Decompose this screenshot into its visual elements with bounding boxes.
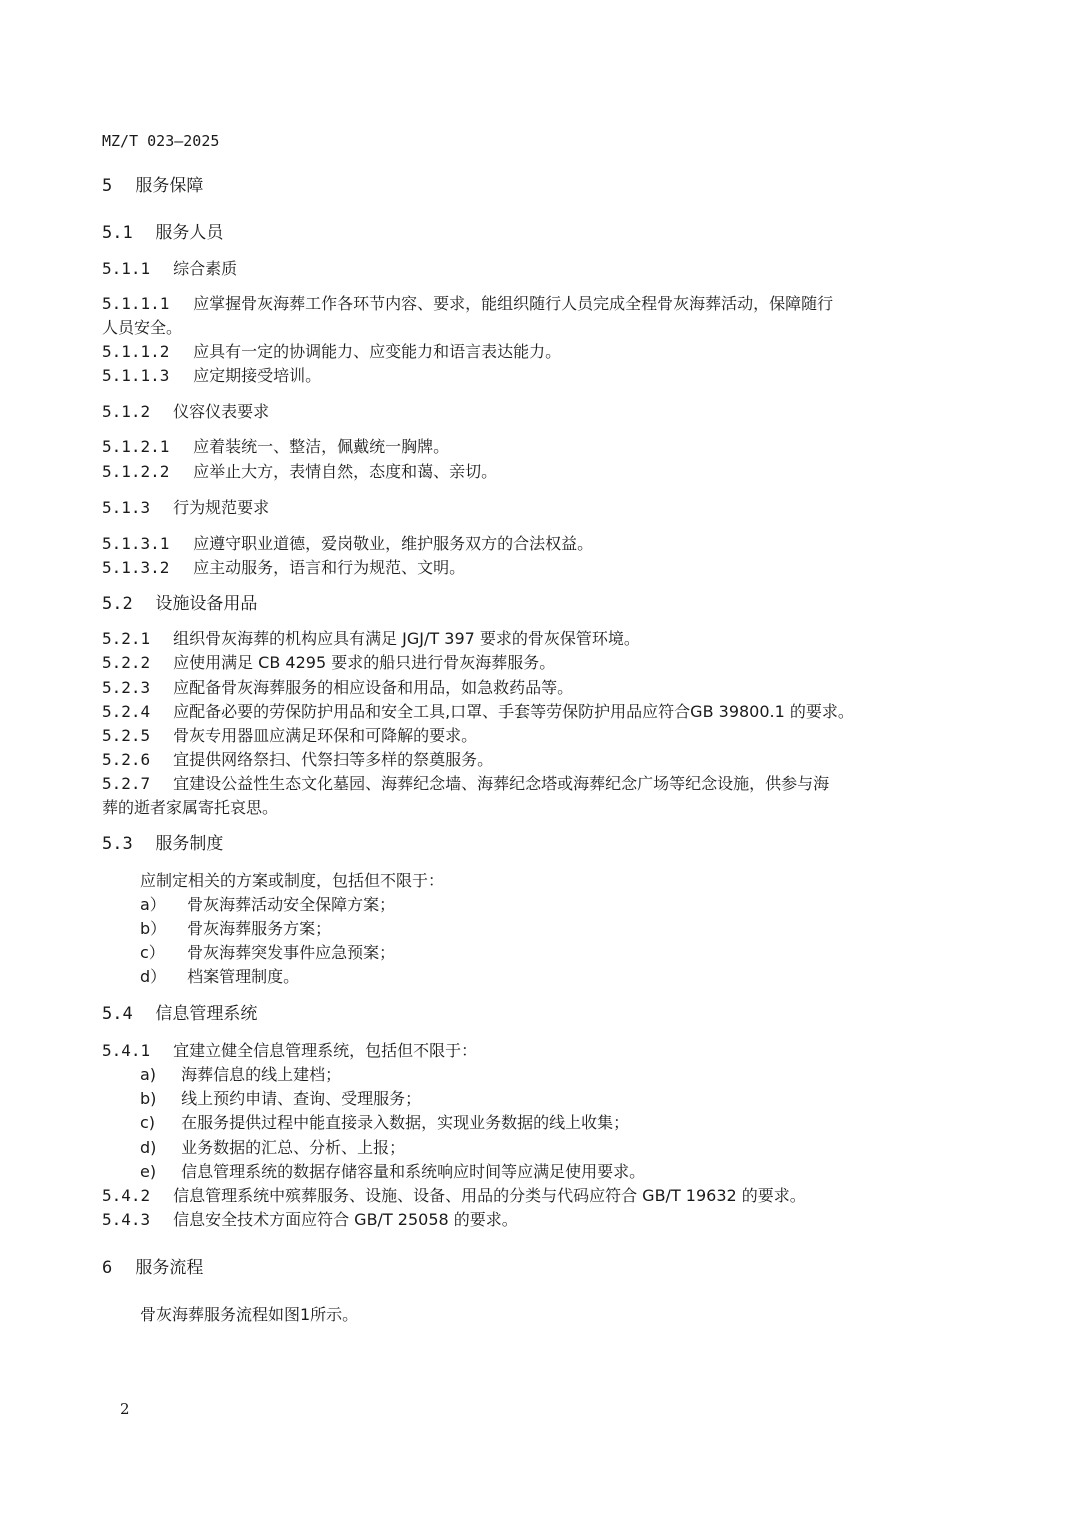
list-text: 档案管理制度。: [187, 967, 299, 986]
clause-text: 组织骨灰海葬的机构应具有满足 JGJ/T 397 要求的骨灰保管环境。: [173, 629, 640, 648]
clause-5-2-7: 5.2.7 宜建设公益性生态文化墓园、海葬纪念墙、海葬纪念塔或海葬纪念广场等纪念…: [102, 774, 829, 794]
list-label: c): [140, 1113, 176, 1133]
section-heading-5-4: 5.4 信息管理系统: [102, 1004, 257, 1024]
clause-5-2-1: 5.2.1 组织骨灰海葬的机构应具有满足 JGJ/T 397 要求的骨灰保管环境…: [102, 629, 640, 649]
clause-text: 信息管理系统中殡葬服务、设施、设备、用品的分类与代码应符合 GB/T 19632…: [173, 1186, 806, 1205]
section-number: 5.1.3: [102, 498, 168, 518]
clause-text: 应定期接受培训。: [193, 366, 321, 385]
clause-number: 5.1.1.1: [102, 294, 188, 314]
clause-text: 应着装统一、整洁，佩戴统一胸牌。: [193, 437, 449, 456]
clause-text: 应具有一定的协调能力、应变能力和语言表达能力。: [193, 342, 561, 361]
clause-text: 宜建立健全信息管理系统，包括但不限于：: [173, 1041, 477, 1060]
clause-number: 5.2.1: [102, 629, 168, 649]
section-number: 5.1.1: [102, 259, 168, 279]
clause-5-4-3: 5.4.3 信息安全技术方面应符合 GB/T 25058 的要求。: [102, 1210, 518, 1230]
clause-text: 骨灰专用器皿应满足环保和可降解的要求。: [173, 726, 477, 745]
clause-text: 宜提供网络祭扫、代祭扫等多样的祭奠服务。: [173, 750, 493, 769]
list-text: 线上预约申请、查询、受理服务；: [181, 1089, 421, 1108]
clause-text: 应主动服务，语言和行为规范、文明。: [193, 558, 465, 577]
section-title: 服务制度: [155, 834, 223, 854]
section-heading-5: 5 服务保障: [102, 176, 203, 196]
clause-number: 5.2.6: [102, 750, 168, 770]
section-number: 5.1.2: [102, 402, 168, 422]
clause-5-2-6: 5.2.6 宜提供网络祭扫、代祭扫等多样的祭奠服务。: [102, 750, 493, 770]
list-label: d）: [140, 967, 182, 987]
clause-number: 5.1.1.2: [102, 342, 188, 362]
clause-number: 5.1.1.3: [102, 366, 188, 386]
clause-number: 5.4.1: [102, 1041, 168, 1061]
clause-number: 5.2.7: [102, 774, 168, 794]
clause-number: 5.1.3.1: [102, 534, 188, 554]
list-item: d） 档案管理制度。: [140, 967, 299, 987]
section-title: 综合素质: [173, 259, 237, 278]
section-heading-5-1-3: 5.1.3 行为规范要求: [102, 498, 269, 518]
list-text: 在服务提供过程中能直接录入数据，实现业务数据的线上收集；: [181, 1113, 629, 1132]
clause-5-2-4: 5.2.4 应配备必要的劳保防护用品和安全工具,口罩、手套等劳保防护用品应符合G…: [102, 702, 854, 722]
clause-text: 应配备必要的劳保防护用品和安全工具,口罩、手套等劳保防护用品应符合GB 3980…: [173, 702, 854, 721]
service-process-intro: 骨灰海葬服务流程如图1所示。: [140, 1305, 358, 1325]
clause-5-2-2: 5.2.2 应使用满足 CB 4295 要求的船只进行骨灰海葬服务。: [102, 653, 555, 673]
clause-number: 5.1.3.2: [102, 558, 188, 578]
clause-number: 5.2.2: [102, 653, 168, 673]
section-heading-5-3: 5.3 服务制度: [102, 834, 223, 854]
section-heading-5-1-2: 5.1.2 仪容仪表要求: [102, 402, 269, 422]
clause-text: 应遵守职业道德，爱岗敬业，维护服务双方的合法权益。: [193, 534, 593, 553]
list-label: e): [140, 1162, 176, 1182]
section-heading-5-1-1: 5.1.1 综合素质: [102, 259, 237, 279]
clause-number: 5.4.2: [102, 1186, 168, 1206]
clause-number: 5.1.2.1: [102, 437, 188, 457]
list-item: d) 业务数据的汇总、分析、上报；: [140, 1138, 405, 1158]
document-code-header: MZ/T 023—2025: [102, 131, 219, 151]
list-label: b）: [140, 919, 182, 939]
list-label: c）: [140, 943, 182, 963]
section-title: 仪容仪表要求: [173, 402, 269, 421]
clause-5-4-1: 5.4.1 宜建立健全信息管理系统，包括但不限于：: [102, 1041, 477, 1061]
list-text: 骨灰海葬活动安全保障方案；: [187, 895, 395, 914]
list-text: 海葬信息的线上建档；: [181, 1065, 341, 1084]
list-item: e) 信息管理系统的数据存储容量和系统响应时间等应满足使用要求。: [140, 1162, 645, 1182]
section-number: 5.4: [102, 1004, 150, 1024]
section-heading-5-2: 5.2 设施设备用品: [102, 594, 257, 614]
list-label: b): [140, 1089, 176, 1109]
clause-number: 5.1.2.2: [102, 462, 188, 482]
clause-5-4-2: 5.4.2 信息管理系统中殡葬服务、设施、设备、用品的分类与代码应符合 GB/T…: [102, 1186, 806, 1206]
list-item: a） 骨灰海葬活动安全保障方案；: [140, 895, 395, 915]
document-page: MZ/T 023—2025 5 服务保障 5.1 服务人员 5.1.1 综合素质…: [0, 0, 1074, 1520]
clause-5-1-2-1: 5.1.2.1 应着装统一、整洁，佩戴统一胸牌。: [102, 437, 449, 457]
section-title: 行为规范要求: [173, 498, 269, 517]
list-item: b) 线上预约申请、查询、受理服务；: [140, 1089, 421, 1109]
clause-5-2-3: 5.2.3 应配备骨灰海葬服务的相应设备和用品，如急救药品等。: [102, 678, 573, 698]
clause-text: 宜建设公益性生态文化墓园、海葬纪念墙、海葬纪念塔或海葬纪念广场等纪念设施，供参与…: [173, 774, 829, 793]
clause-text: 应举止大方，表情自然，态度和蔼、亲切。: [193, 462, 497, 481]
clause-text: 应配备骨灰海葬服务的相应设备和用品，如急救药品等。: [173, 678, 573, 697]
section-title: 信息管理系统: [155, 1004, 257, 1024]
list-item: c） 骨灰海葬突发事件应急预案；: [140, 943, 395, 963]
section-title: 服务人员: [155, 223, 223, 243]
section-number: 5.2: [102, 594, 150, 614]
section-number: 6: [102, 1258, 130, 1278]
section-heading-5-1: 5.1 服务人员: [102, 223, 223, 243]
clause-5-1-3-2: 5.1.3.2 应主动服务，语言和行为规范、文明。: [102, 558, 465, 578]
clause-5-1-1-2: 5.1.1.2 应具有一定的协调能力、应变能力和语言表达能力。: [102, 342, 561, 362]
list-label: a): [140, 1065, 176, 1085]
section-number: 5.1: [102, 223, 150, 243]
list-text: 骨灰海葬突发事件应急预案；: [187, 943, 395, 962]
clause-number: 5.2.4: [102, 702, 168, 722]
section-title: 服务保障: [135, 176, 203, 196]
section-heading-6: 6 服务流程: [102, 1258, 203, 1278]
clause-5-1-3-1: 5.1.3.1 应遵守职业道德，爱岗敬业，维护服务双方的合法权益。: [102, 534, 593, 554]
list-text: 信息管理系统的数据存储容量和系统响应时间等应满足使用要求。: [181, 1162, 645, 1181]
list-item: c) 在服务提供过程中能直接录入数据，实现业务数据的线上收集；: [140, 1113, 629, 1133]
clause-5-1-1-1: 5.1.1.1 应掌握骨灰海葬工作各环节内容、要求，能组织随行人员完成全程骨灰海…: [102, 294, 833, 314]
clause-text: 信息安全技术方面应符合 GB/T 25058 的要求。: [173, 1210, 518, 1229]
list-text: 骨灰海葬服务方案；: [187, 919, 331, 938]
clause-5-2-5: 5.2.5 骨灰专用器皿应满足环保和可降解的要求。: [102, 726, 477, 746]
section-title: 设施设备用品: [155, 594, 257, 614]
list-item: a) 海葬信息的线上建档；: [140, 1065, 341, 1085]
clause-5-2-7-continued: 葬的逝者家属寄托哀思。: [102, 798, 278, 818]
section-number: 5: [102, 176, 130, 196]
list-label: a）: [140, 895, 182, 915]
list-item: b） 骨灰海葬服务方案；: [140, 919, 331, 939]
section-title: 服务流程: [135, 1258, 203, 1278]
clause-5-1-1-3: 5.1.1.3 应定期接受培训。: [102, 366, 321, 386]
clause-5-1-2-2: 5.1.2.2 应举止大方，表情自然，态度和蔼、亲切。: [102, 462, 497, 482]
clause-text: 应使用满足 CB 4295 要求的船只进行骨灰海葬服务。: [173, 653, 555, 672]
clause-5-1-1-1-continued: 人员安全。: [102, 318, 182, 338]
page-number: 2: [120, 1399, 130, 1419]
list-label: d): [140, 1138, 176, 1158]
clause-number: 5.2.3: [102, 678, 168, 698]
clause-text: 应掌握骨灰海葬工作各环节内容、要求，能组织随行人员完成全程骨灰海葬活动，保障随行: [193, 294, 833, 313]
section-number: 5.3: [102, 834, 150, 854]
clause-number: 5.4.3: [102, 1210, 168, 1230]
list-text: 业务数据的汇总、分析、上报；: [181, 1138, 405, 1157]
service-system-intro: 应制定相关的方案或制度，包括但不限于：: [140, 871, 444, 891]
clause-number: 5.2.5: [102, 726, 168, 746]
